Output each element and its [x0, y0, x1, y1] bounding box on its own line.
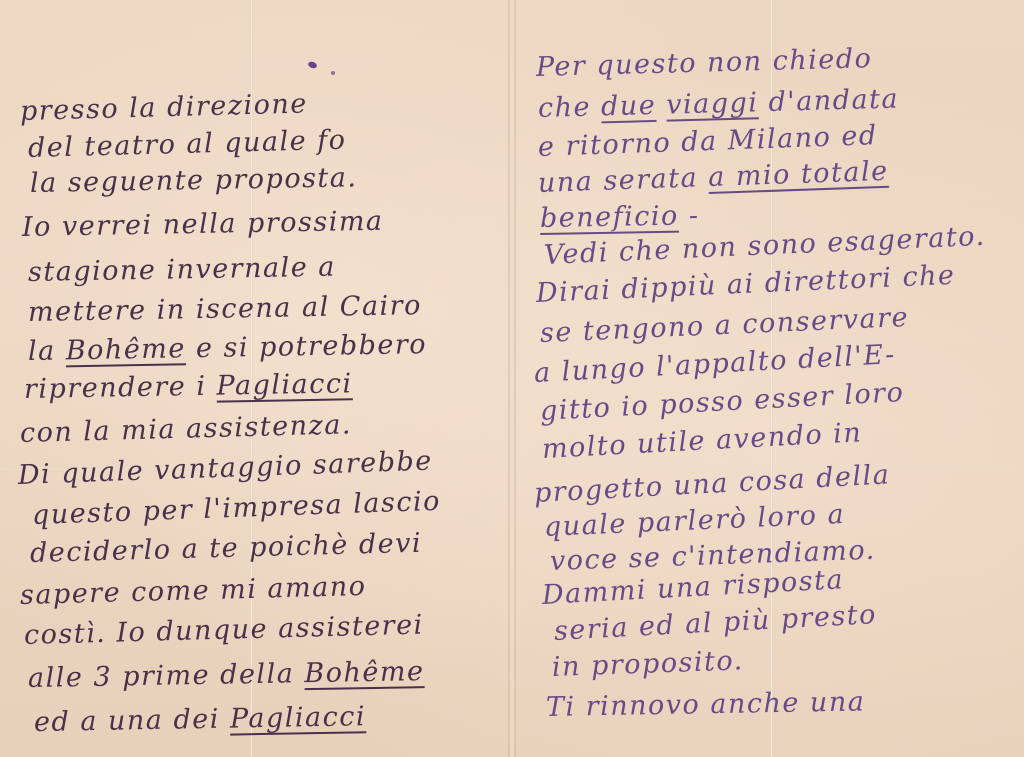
- letter-line: alle 3 prime della Bohême: [28, 656, 425, 694]
- left-page: presso la direzione del teatro al quale …: [0, 0, 508, 757]
- letter-line: Per questo non chiedo: [536, 43, 873, 83]
- underlined-word-beneficio: beneficio: [540, 201, 679, 234]
- letter-line: beneficio -: [540, 200, 700, 234]
- letter-line: ed a una dei Pagliacci: [34, 701, 367, 738]
- right-page: Per questo non chiedo che due viaggi d'a…: [516, 0, 1024, 757]
- underlined-title-boheme: Bohême: [304, 656, 425, 689]
- letter-line: sapere come mi amano: [20, 571, 367, 611]
- underlined-title-pagliacci: Pagliacci: [216, 368, 353, 401]
- letter-line: in proposito.: [551, 645, 744, 683]
- letter-line: presso la direzione: [20, 88, 309, 127]
- underlined-title-boheme: Bohême: [66, 333, 187, 366]
- letter-line: Io verrei nella prossima: [22, 206, 384, 243]
- letter-line: stagione invernale a: [28, 252, 336, 288]
- letter-line: con la mia assistenza.: [20, 409, 353, 449]
- letter-line: Ti rinnovo anche una: [546, 686, 866, 723]
- letter-line: mettere in iscena al Cairo: [28, 290, 422, 328]
- underlined-word-viaggi: viaggi: [666, 87, 759, 120]
- letter-line: deciderlo a te poichè devi: [30, 528, 423, 569]
- underlined-word-due: due: [601, 90, 657, 122]
- letter-line: e ritorno da Milano ed: [537, 120, 878, 163]
- letter-line: una serata a mio totale: [537, 156, 889, 199]
- letter-line: questo per l'impresa lascio: [31, 486, 441, 531]
- underlined-title-pagliacci: Pagliacci: [230, 701, 367, 734]
- letter-line: riprendere i Pagliacci: [24, 368, 353, 405]
- letter-sheet: presso la direzione del teatro al quale …: [0, 0, 1024, 757]
- letter-line: del teatro al quale fo: [28, 125, 347, 164]
- letter-line: la seguente proposta.: [30, 162, 358, 199]
- page-gutter: [508, 0, 516, 757]
- letter-line: costì. Io dunque assisterei: [24, 610, 425, 651]
- underlined-phrase-a-mio-totale: a mio totale: [708, 156, 889, 193]
- letter-line: la Bohême e si potrebbero: [28, 329, 428, 367]
- letter-line: Di quale vantaggio sarebbe: [17, 446, 433, 491]
- letter-line: che due viaggi d'andata: [538, 84, 900, 124]
